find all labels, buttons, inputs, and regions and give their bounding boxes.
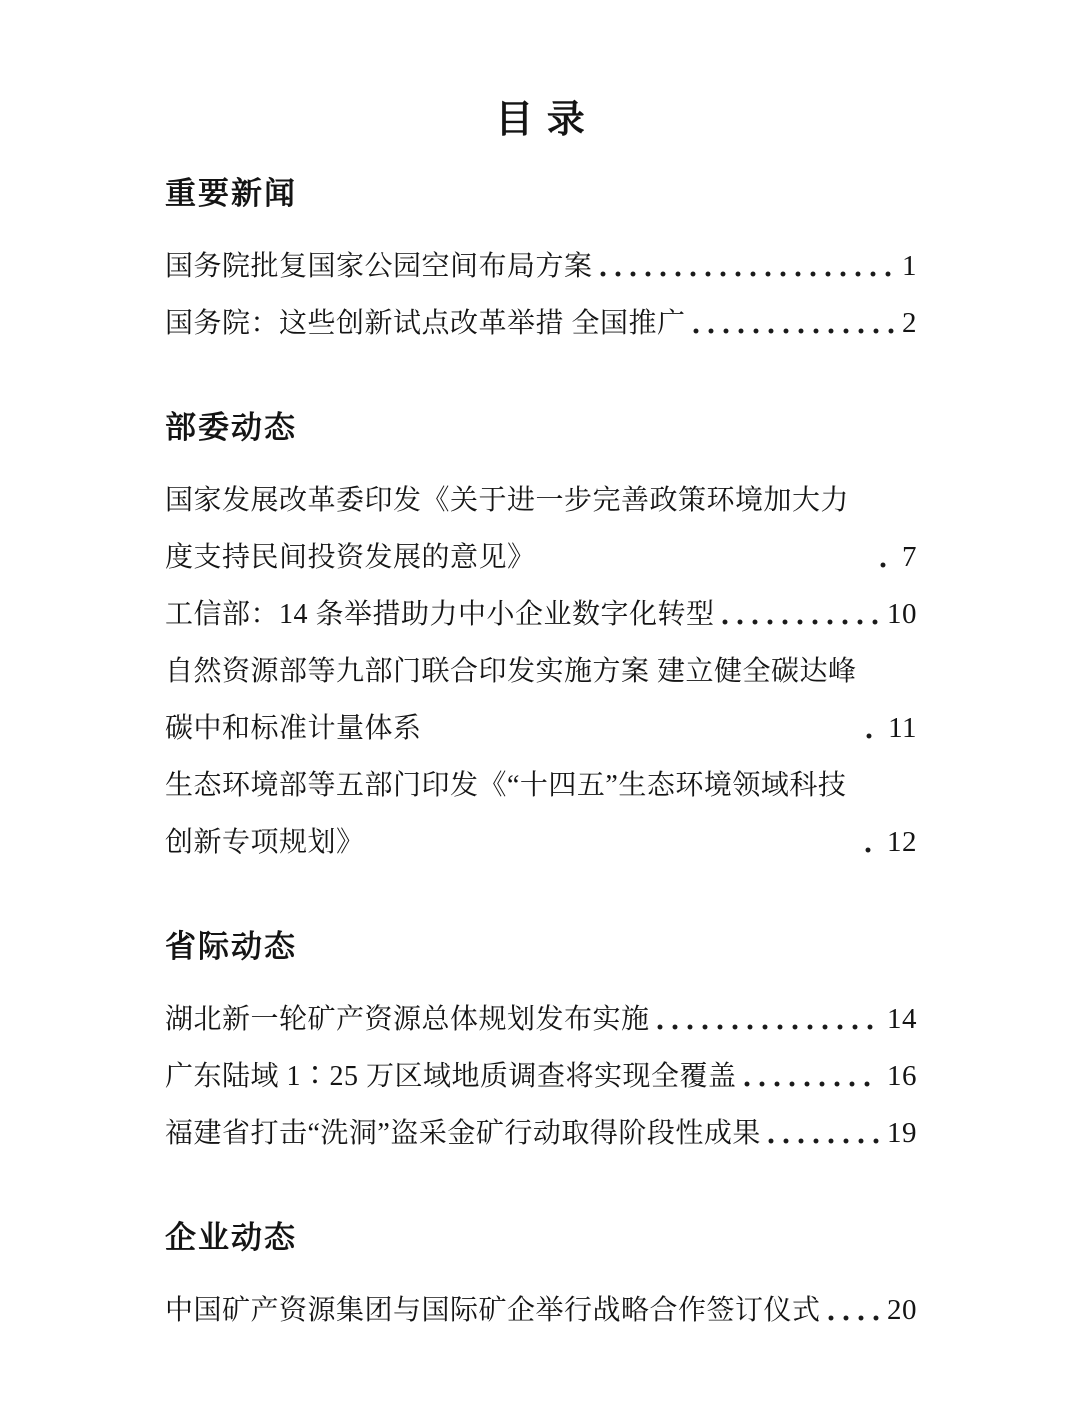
- toc-section-important-news: 重要新闻 国务院批复国家公园空间布局方案 1 国务院：这些创新试点改革举措 全国…: [165, 174, 917, 352]
- dot-leader: [866, 733, 880, 739]
- toc-section-enterprise-news: 企业动态 中国矿产资源集团与国际矿企举行战略合作签订仪式 20: [165, 1218, 917, 1339]
- dot-leader: [693, 328, 894, 334]
- section-heading: 部委动态: [165, 408, 917, 448]
- dot-leader: [722, 619, 879, 625]
- toc-entry[interactable]: 湖北新一轮矿产资源总体规划发布实施 14: [165, 991, 917, 1048]
- toc-entry[interactable]: 生态环境部等五部门印发《“十四五”生态环境领域科技创新专项规划》 12: [165, 757, 917, 871]
- toc-page-title: 目 录: [165, 96, 917, 144]
- toc-entry[interactable]: 广东陆域 1∶25 万区域地质调查将实现全覆盖 16: [165, 1048, 917, 1105]
- entry-title: 广东陆域 1∶25 万区域地质调查将实现全覆盖: [165, 1048, 737, 1105]
- entry-page-number: 2: [902, 295, 917, 352]
- dot-leader: [657, 1024, 879, 1030]
- section-heading: 企业动态: [165, 1218, 917, 1258]
- entry-page-number: 10: [887, 586, 917, 643]
- toc-entry[interactable]: 自然资源部等九部门联合印发实施方案 建立健全碳达峰碳中和标准计量体系 11: [165, 643, 917, 757]
- toc-entry[interactable]: 国务院：这些创新试点改革举措 全国推广 2: [165, 295, 917, 352]
- entry-title: 自然资源部等九部门联合印发实施方案 建立健全碳达峰碳中和标准计量体系: [165, 643, 859, 757]
- entry-page-number: 1: [902, 238, 917, 295]
- entry-page-number: 7: [902, 529, 917, 586]
- entry-title: 中国矿产资源集团与国际矿企举行战略合作签订仪式: [165, 1282, 821, 1339]
- toc-entry[interactable]: 中国矿产资源集团与国际矿企举行战略合作签订仪式 20: [165, 1282, 917, 1339]
- entry-page-number: 14: [887, 991, 917, 1048]
- entry-page-number: 19: [887, 1105, 917, 1162]
- entry-page-number: 11: [888, 700, 917, 757]
- section-heading: 省际动态: [165, 927, 917, 967]
- entry-title: 生态环境部等五部门印发《“十四五”生态环境领域科技创新专项规划》: [165, 757, 858, 871]
- toc-entry[interactable]: 国务院批复国家公园空间布局方案 1: [165, 238, 917, 295]
- toc-section-provincial-news: 省际动态 湖北新一轮矿产资源总体规划发布实施 14 广东陆域 1∶25 万区域地…: [165, 927, 917, 1162]
- entry-title: 国务院批复国家公园空间布局方案: [165, 238, 593, 295]
- entry-title: 工信部：14 条举措助力中小企业数字化转型: [165, 586, 715, 643]
- entry-title: 福建省打击“洗洞”盗采金矿行动取得阶段性成果: [165, 1105, 761, 1162]
- toc-entry[interactable]: 国家发展改革委印发《关于进一步完善政策环境加大力度支持民间投资发展的意见》 7: [165, 472, 917, 586]
- dot-leader: [828, 1315, 879, 1321]
- toc-section-ministry-news: 部委动态 国家发展改革委印发《关于进一步完善政策环境加大力度支持民间投资发展的意…: [165, 408, 917, 871]
- dot-leader: [744, 1081, 879, 1087]
- entry-title: 国家发展改革委印发《关于进一步完善政策环境加大力度支持民间投资发展的意见》: [165, 472, 873, 586]
- entry-title: 国务院：这些创新试点改革举措 全国推广: [165, 295, 686, 352]
- dot-leader: [880, 562, 894, 568]
- dot-leader: [768, 1138, 879, 1144]
- toc-page: 目 录 重要新闻 国务院批复国家公园空间布局方案 1 国务院：这些创新试点改革举…: [0, 0, 1080, 1426]
- entry-title: 湖北新一轮矿产资源总体规划发布实施: [165, 991, 650, 1048]
- section-heading: 重要新闻: [165, 174, 917, 214]
- entry-page-number: 16: [887, 1048, 917, 1105]
- toc-entry[interactable]: 福建省打击“洗洞”盗采金矿行动取得阶段性成果 19: [165, 1105, 917, 1162]
- entry-page-number: 20: [887, 1282, 917, 1339]
- dot-leader: [865, 847, 879, 853]
- toc-entry[interactable]: 工信部：14 条举措助力中小企业数字化转型 10: [165, 586, 917, 643]
- entry-page-number: 12: [887, 814, 917, 871]
- dot-leader: [600, 271, 894, 277]
